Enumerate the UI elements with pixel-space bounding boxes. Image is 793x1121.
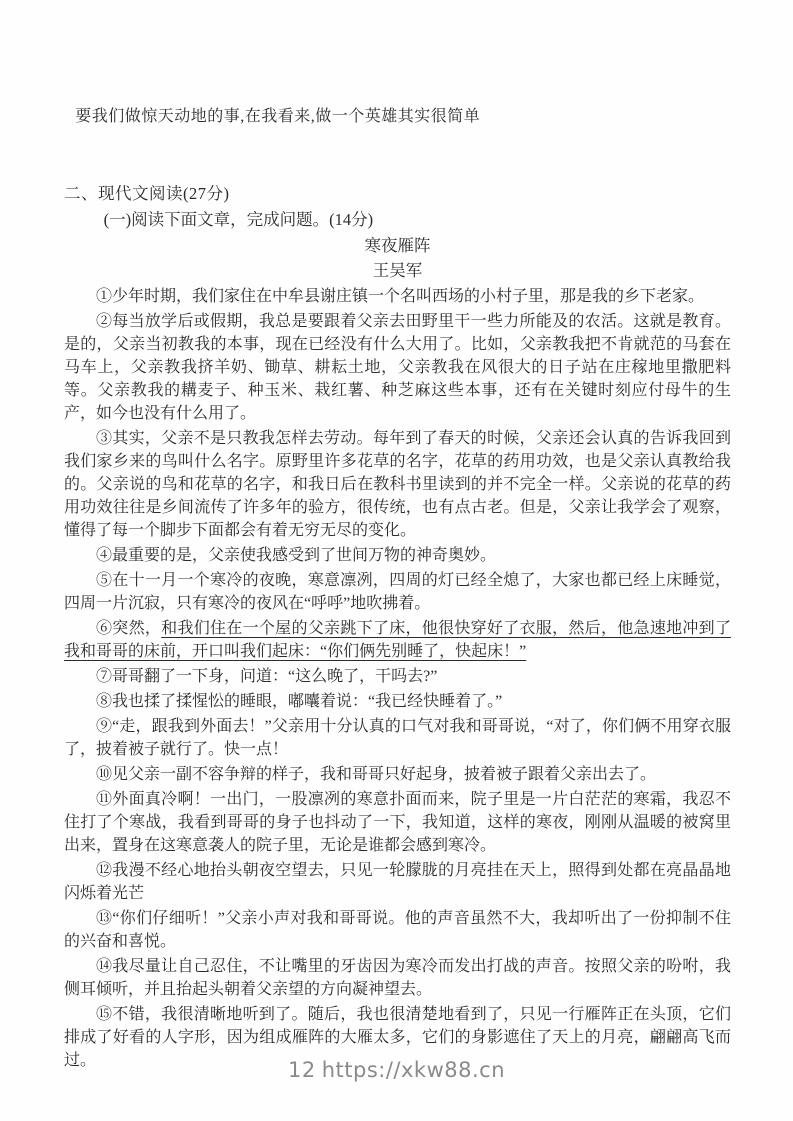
- page-number: 12: [288, 1058, 316, 1082]
- paragraph-text: ①少年时期，我们家住在中牟县谢庄镇一个名叫西场的小村子里，那是我的乡下老家。: [96, 288, 704, 305]
- paragraph-text: ②每当放学后或假期，我总是要跟着父亲去田野里干一些力所能及的农活。这就是教育。是…: [64, 313, 731, 422]
- article-paragraph: ②每当放学后或假期，我总是要跟着父亲去田野里干一些力所能及的农活。这就是教育。是…: [64, 310, 731, 425]
- article-author: 王吴军: [64, 258, 731, 283]
- article-paragraph: ①少年时期，我们家住在中牟县谢庄镇一个名叫西场的小村子里，那是我的乡下老家。: [64, 285, 731, 308]
- article-paragraph: ⑩见父亲一副不容争辩的样子，我和哥哥只好起身，披着被子跟着父亲出去了。: [64, 763, 731, 786]
- section-heading: 二、现代文阅读(27分): [64, 181, 731, 207]
- article-body: ①少年时期，我们家住在中牟县谢庄镇一个名叫西场的小村子里，那是我的乡下老家。②每…: [64, 285, 731, 1072]
- page-footer: 12https://xkw88.cn: [0, 1058, 793, 1082]
- article-paragraph: ④最重要的是，父亲使我感受到了世间万物的神奇奥妙。: [64, 544, 731, 567]
- article-paragraph: ⑨“走，跟我到外面去！”父亲用十分认真的口气对我和哥哥说，“对了，你们俩不用穿衣…: [64, 715, 731, 761]
- article-paragraph: ⑭我尽量让自己忍住，不让嘴里的牙齿因为寒冷而发出打战的声音。按照父亲的吩咐，我侧…: [64, 955, 731, 1001]
- article-paragraph: ③其实，父亲不是只教我怎样去劳动。每年到了春天的时候，父亲还会认真的告诉我回到我…: [64, 427, 731, 542]
- paragraph-text: ⑧我也揉了揉惺忪的睡眼，嘟囔着说：“我已经快睡着了。”: [96, 693, 502, 710]
- document-page: 要我们做惊天动地的事,在我看来,做一个英雄其实很简单 二、现代文阅读(27分) …: [0, 0, 793, 1121]
- article-paragraph: ⑪外面真冷啊！一出门，一股凛冽的寒意扑面而来，院子里是一片白茫茫的寒霜，我忍不住…: [64, 788, 731, 857]
- subsection-heading: (一)阅读下面文章，完成问题。(14分): [64, 207, 731, 233]
- paragraph-text: ⑬“你们仔细听！”父亲小声对我和哥哥说。他的声音虽然不大，我却听出了一份抑制不住…: [64, 910, 731, 950]
- paragraph-text: ⑩见父亲一副不容争辩的样子，我和哥哥只好起身，披着被子跟着父亲出去了。: [96, 766, 656, 783]
- article-paragraph: ⑫我漫不经心地抬头朝夜空望去，只见一轮朦胧的月亮挂在天上，照得到处都在亮晶晶地闪…: [64, 859, 731, 905]
- paragraph-text: ⑫我漫不经心地抬头朝夜空望去，只见一轮朦胧的月亮挂在天上，照得到处都在亮晶晶地闪…: [64, 862, 731, 902]
- paragraph-text: ⑭我尽量让自己忍住，不让嘴里的牙齿因为寒冷而发出打战的声音。按照父亲的吩咐，我侧…: [64, 958, 731, 998]
- quote-line: 要我们做惊天动地的事,在我看来,做一个英雄其实很简单: [64, 104, 731, 129]
- paragraph-text: ⑪外面真冷啊！一出门，一股凛冽的寒意扑面而来，院子里是一片白茫茫的寒霜，我忍不住…: [64, 791, 731, 854]
- paragraph-text: ⑤在十一月一个寒冷的夜晚，寒意凛冽，四周的灯已经全熄了，大家也都已经上床睡觉，四…: [64, 572, 731, 612]
- article-paragraph: ⑧我也揉了揉惺忪的睡眼，嘟囔着说：“我已经快睡着了。”: [64, 690, 731, 713]
- paragraph-text: ④最重要的是，父亲使我感受到了世间万物的神奇奥妙。: [96, 547, 496, 564]
- article-paragraph: ⑥突然，和我们住在一个屋的父亲跳下了床，他很快穿好了衣服，然后，他急速地冲到了我…: [64, 617, 731, 663]
- article-paragraph: ⑬“你们仔细听！”父亲小声对我和哥哥说。他的声音虽然不大，我却听出了一份抑制不住…: [64, 907, 731, 953]
- footer-url: https://xkw88.cn: [322, 1058, 505, 1082]
- article-paragraph: ⑤在十一月一个寒冷的夜晚，寒意凛冽，四周的灯已经全熄了，大家也都已经上床睡觉，四…: [64, 569, 731, 615]
- paragraph-text: ⑦哥哥翻了一下身，问道：“这么晚了，干吗去?”: [96, 668, 437, 685]
- article-paragraph: ⑦哥哥翻了一下身，问道：“这么晚了，干吗去?”: [64, 665, 731, 688]
- article-title: 寒夜雁阵: [64, 233, 731, 258]
- paragraph-text: ③其实，父亲不是只教我怎样去劳动。每年到了春天的时候，父亲还会认真的告诉我回到我…: [64, 430, 731, 539]
- paragraph-text: ⑨“走，跟我到外面去！”父亲用十分认真的口气对我和哥哥说，“对了，你们俩不用穿衣…: [64, 718, 731, 758]
- underlined-text: 和我们住在一个屋的父亲跳下了床，他很快穿好了衣服，然后，他急速地冲到了我和哥哥的…: [64, 620, 731, 660]
- paragraph-text: ⑥突然，: [96, 620, 161, 637]
